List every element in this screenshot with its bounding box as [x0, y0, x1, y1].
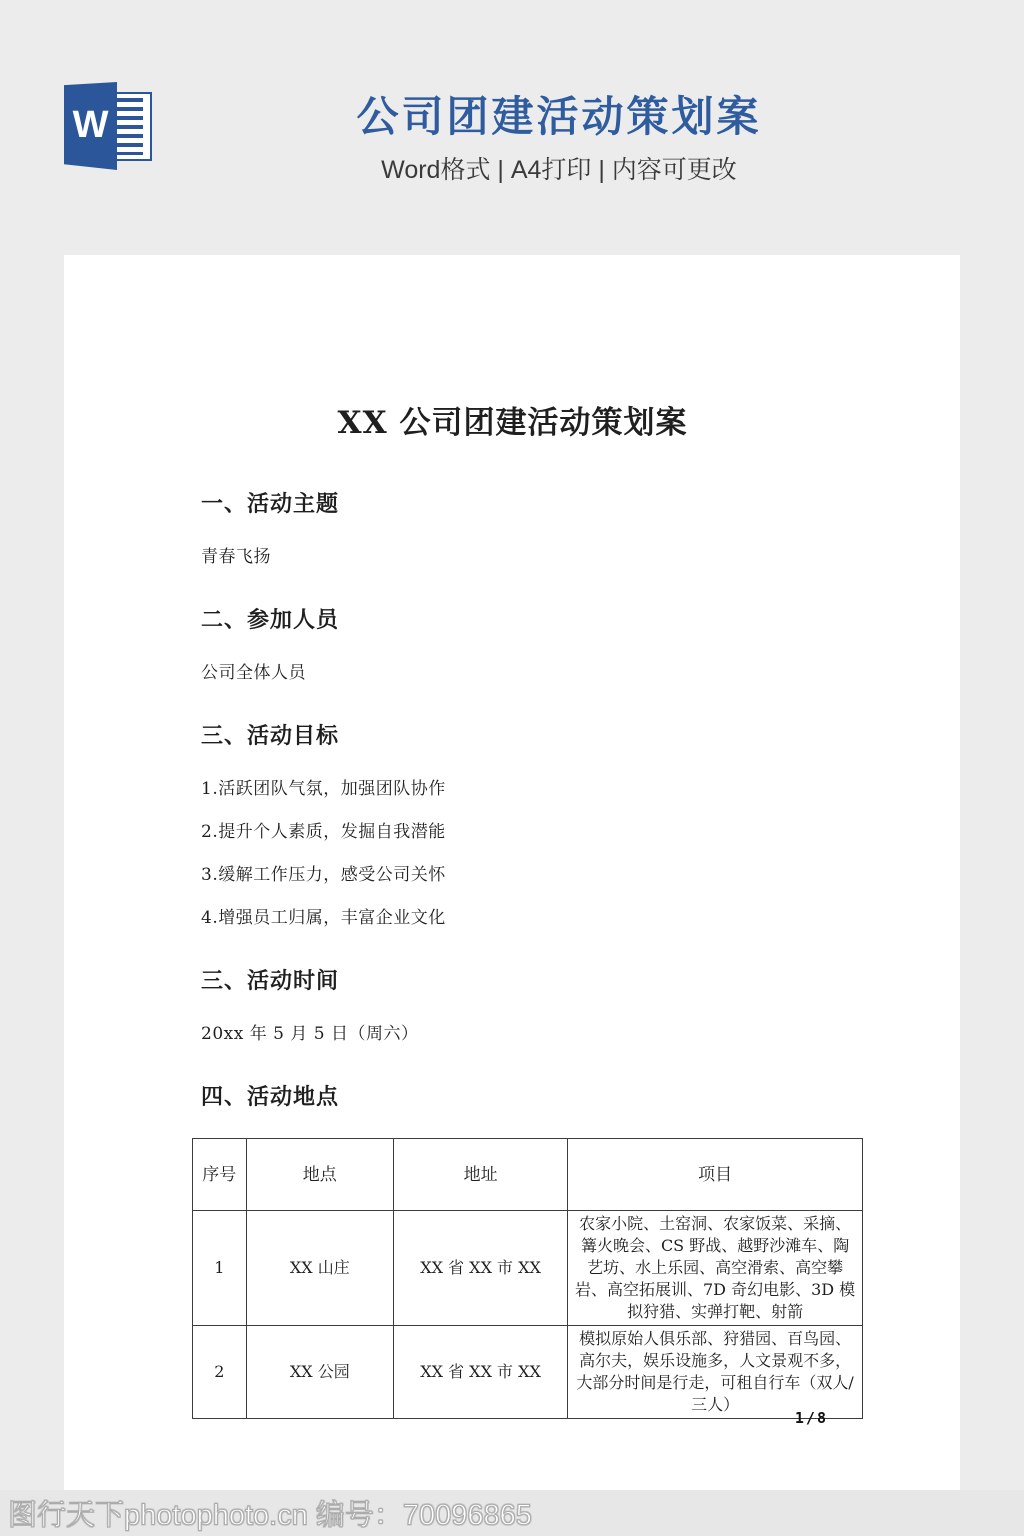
table-cell: 模拟原始人俱乐部、狩猎园、百鸟园、高尔夫，娱乐设施多，人文景观不多，大部分时间是…	[568, 1326, 863, 1419]
word-icon: W	[64, 82, 154, 170]
section-paragraphs: 20xx 年 5 月 5 日（周六）	[201, 1022, 824, 1046]
word-icon-letter: W	[64, 82, 117, 170]
doc-section: 三、活动目标 1.活跃团队气氛，加强团队协作2.提升个人素质，发掘自我潜能3.缓…	[201, 721, 824, 930]
table-header-cell: 项目	[568, 1139, 863, 1211]
doc-section: 一、活动主题 青春飞扬	[201, 489, 824, 569]
section-heading: 四、活动地点	[201, 1082, 824, 1112]
header-subtitle: Word格式 | A4打印 | 内容可更改	[381, 157, 737, 184]
table-header-row: 序号地点地址项目	[193, 1139, 863, 1211]
doc-section: 四、活动地点	[201, 1082, 824, 1112]
paragraph: 公司全体人员	[201, 661, 824, 685]
paragraph: 20xx 年 5 月 5 日（周六）	[201, 1022, 824, 1046]
doc-sections: 一、活动主题 青春飞扬 二、参加人员 公司全体人员 三、活动目标 1.活跃团队气…	[201, 489, 824, 1112]
section-heading: 二、参加人员	[201, 605, 824, 635]
watermark-text: 图行天下photophoto.cn 编号：70096865	[8, 1493, 532, 1534]
paragraph: 4.增强员工归属，丰富企业文化	[201, 906, 824, 930]
table-row: 1XX 山庄XX 省 XX 市 XX农家小院、土窑洞、农家饭菜、采摘、篝火晚会、…	[193, 1211, 863, 1326]
paragraph: 1.活跃团队气氛，加强团队协作	[201, 777, 824, 801]
table-row: 2XX 公园XX 省 XX 市 XX模拟原始人俱乐部、狩猎园、百鸟园、高尔夫，娱…	[193, 1326, 863, 1419]
word-icon-page-lines	[117, 98, 143, 155]
paragraph: 2.提升个人素质，发掘自我潜能	[201, 820, 824, 844]
section-paragraphs: 青春飞扬	[201, 545, 824, 569]
table-header-cell: 地点	[246, 1139, 393, 1211]
document-title: XX 公司团建活动策划案	[201, 403, 824, 443]
document-content: XX 公司团建活动策划案 一、活动主题 青春飞扬 二、参加人员 公司全体人员 三…	[64, 255, 960, 1419]
section-heading: 三、活动目标	[201, 721, 824, 751]
table-cell: XX 省 XX 市 XX	[393, 1211, 567, 1326]
page-number: 1/8	[795, 1409, 828, 1427]
header: W 公司团建活动策划案 Word格式 | A4打印 | 内容可更改	[0, 0, 1024, 255]
section-paragraphs: 公司全体人员	[201, 661, 824, 685]
doc-section: 二、参加人员 公司全体人员	[201, 605, 824, 685]
table-cell: 1	[193, 1211, 247, 1326]
footer: 图行天下photophoto.cn 编号：70096865	[0, 1490, 1024, 1536]
table-header-cell: 地址	[393, 1139, 567, 1211]
table-cell: 农家小院、土窑洞、农家饭菜、采摘、篝火晚会、CS 野战、越野沙滩车、陶艺坊、水上…	[568, 1211, 863, 1326]
document-page: XX 公司团建活动策划案 一、活动主题 青春飞扬 二、参加人员 公司全体人员 三…	[64, 255, 960, 1491]
table-cell: XX 省 XX 市 XX	[393, 1326, 567, 1419]
locations-table: 序号地点地址项目 1XX 山庄XX 省 XX 市 XX农家小院、土窑洞、农家饭菜…	[192, 1138, 863, 1419]
section-paragraphs: 1.活跃团队气氛，加强团队协作2.提升个人素质，发掘自我潜能3.缓解工作压力，感…	[201, 777, 824, 930]
table-cell: XX 山庄	[246, 1211, 393, 1326]
section-heading: 一、活动主题	[201, 489, 824, 519]
table-cell: XX 公园	[246, 1326, 393, 1419]
section-heading: 三、活动时间	[201, 966, 824, 996]
header-title: 公司团建活动策划案	[356, 95, 761, 139]
table-header-cell: 序号	[193, 1139, 247, 1211]
paragraph: 3.缓解工作压力，感受公司关怀	[201, 863, 824, 887]
table-cell: 2	[193, 1326, 247, 1419]
doc-section: 三、活动时间 20xx 年 5 月 5 日（周六）	[201, 966, 824, 1046]
word-icon-page	[112, 92, 152, 161]
paragraph: 青春飞扬	[201, 545, 824, 569]
